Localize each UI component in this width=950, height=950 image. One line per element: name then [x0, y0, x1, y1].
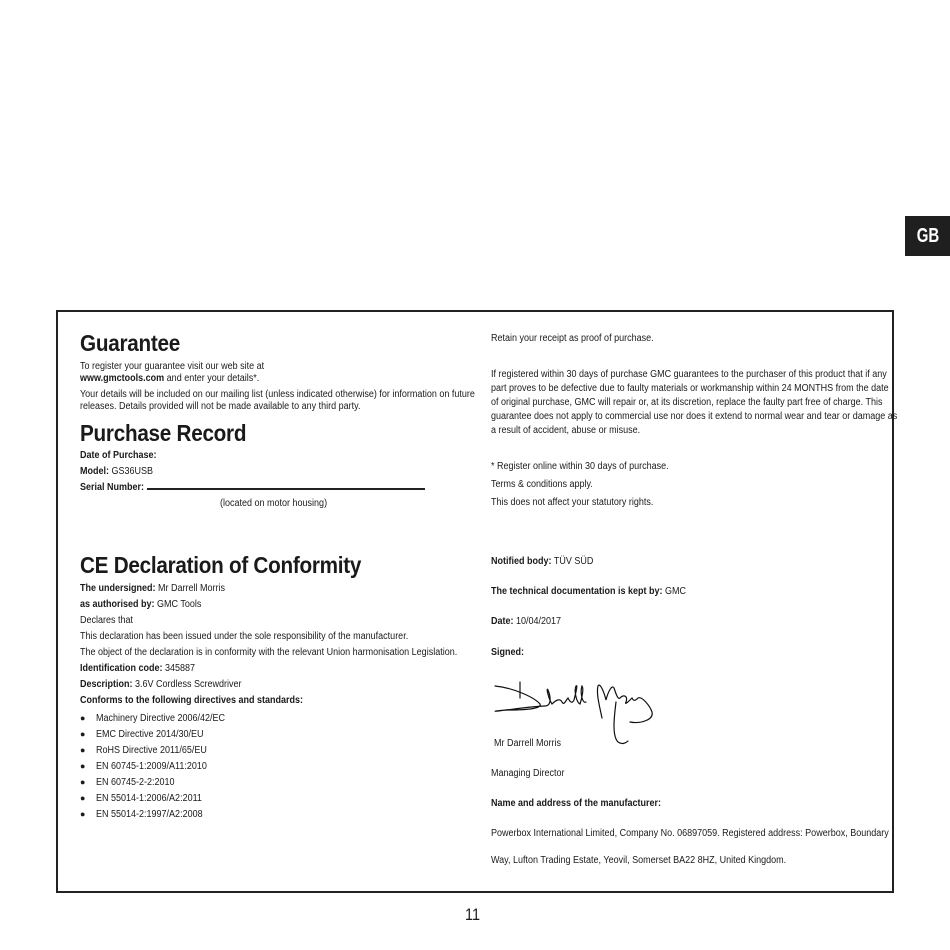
guarantee-terms-line-3: of original purchase, GMC will repair or…: [491, 396, 883, 409]
bullet-icon: ●: [80, 713, 96, 723]
mailing-list-text-2: releases. Details provided will not be m…: [80, 400, 360, 413]
list-item: ●Machinery Directive 2006/42/EC: [80, 710, 239, 726]
guarantee-title: Guarantee: [80, 330, 180, 357]
guarantee-website-line: www.gmctools.com and enter your details*…: [80, 372, 259, 385]
model-value: GS36USB: [109, 466, 153, 477]
notified-body-value: TÜV SÜD: [551, 556, 593, 567]
guarantee-terms-line-4: guarantee does not apply to commercial u…: [491, 410, 897, 423]
signatory-title: Managing Director: [491, 767, 565, 780]
manufacturer-address-line-1: Powerbox International Limited, Company …: [491, 827, 889, 840]
bullet-icon: ●: [80, 777, 96, 787]
guarantee-terms-line-2: part proves to be defective due to fault…: [491, 382, 889, 395]
list-item: ●EN 60745-1:2009/A11:2010: [80, 758, 239, 774]
technical-documentation-label: The technical documentation is kept by:: [491, 586, 663, 597]
model-label: Model:: [80, 466, 109, 477]
identification-code-line: Identification code: 345887: [80, 662, 195, 675]
identification-code-value: 345887: [163, 663, 196, 674]
statutory-rights: This does not affect your statutory righ…: [491, 496, 653, 509]
ce-declaration-title: CE Declaration of Conformity: [80, 552, 361, 579]
date-of-purchase-label: Date of Purchase:: [80, 449, 157, 462]
authorised-line: as authorised by: GMC Tools: [80, 598, 201, 611]
standard-text: EN 60745-2-2:2010: [96, 777, 175, 788]
conformity-statement: The object of the declaration is in conf…: [80, 646, 457, 659]
signatory-name: Mr Darrell Morris: [494, 737, 561, 750]
undersigned-label: The undersigned:: [80, 583, 156, 594]
declaration-date-line: Date: 10/04/2017: [491, 615, 561, 628]
list-item: ●EN 60745-2-2:2010: [80, 774, 239, 790]
guarantee-terms-line-5: a result of accident, abuse or misuse.: [491, 424, 640, 437]
terms-conditions: Terms & conditions apply.: [491, 478, 593, 491]
conforms-label: Conforms to the following directives and…: [80, 694, 303, 707]
purchase-record-title: Purchase Record: [80, 420, 246, 447]
bullet-icon: ●: [80, 729, 96, 739]
standard-text: RoHS Directive 2011/65/EU: [96, 745, 207, 756]
list-item: ●RoHS Directive 2011/65/EU: [80, 742, 239, 758]
description-label: Description:: [80, 679, 133, 690]
responsibility-statement: This declaration has been issued under t…: [80, 630, 408, 643]
declaration-date-value: 10/04/2017: [514, 616, 562, 627]
undersigned-value: Mr Darrell Morris: [156, 583, 225, 594]
serial-number-label: Serial Number:: [80, 481, 144, 494]
guarantee-terms-line-1: If registered within 30 days of purchase…: [491, 368, 887, 381]
retain-receipt-text: Retain your receipt as proof of purchase…: [491, 332, 654, 345]
list-item: ●EN 55014-1:2006/A2:2011: [80, 790, 239, 806]
declaration-date-label: Date:: [491, 616, 514, 627]
undersigned-line: The undersigned: Mr Darrell Morris: [80, 582, 225, 595]
bullet-icon: ●: [80, 793, 96, 803]
serial-number-field[interactable]: [147, 488, 425, 490]
serial-number-note: (located on motor housing): [220, 497, 327, 510]
manufacturer-address-line-2: Way, Lufton Trading Estate, Yeovil, Some…: [491, 854, 786, 867]
description-value: 3.6V Cordless Screwdriver: [133, 679, 242, 690]
standard-text: Machinery Directive 2006/42/EC: [96, 713, 225, 724]
notified-body-label: Notified body:: [491, 556, 551, 567]
language-tab-gb: GB: [905, 216, 950, 256]
model-line: Model: GS36USB: [80, 465, 153, 478]
identification-code-label: Identification code:: [80, 663, 163, 674]
standards-list: ●Machinery Directive 2006/42/EC ●EMC Dir…: [80, 710, 239, 822]
bullet-icon: ●: [80, 809, 96, 819]
standard-text: EMC Directive 2014/30/EU: [96, 729, 204, 740]
technical-documentation-line: The technical documentation is kept by: …: [491, 585, 686, 598]
list-item: ●EN 55014-2:1997/A2:2008: [80, 806, 239, 822]
authorised-label: as authorised by:: [80, 599, 155, 610]
notified-body-line: Notified body: TÜV SÜD: [491, 555, 593, 568]
manufacturer-label: Name and address of the manufacturer:: [491, 797, 661, 810]
page-number: 11: [465, 905, 480, 925]
bullet-icon: ●: [80, 761, 96, 771]
website-link[interactable]: www.gmctools.com: [80, 373, 164, 384]
description-line: Description: 3.6V Cordless Screwdriver: [80, 678, 242, 691]
list-item: ●EMC Directive 2014/30/EU: [80, 726, 239, 742]
standard-text: EN 60745-1:2009/A11:2010: [96, 761, 207, 772]
website-line-rest: and enter your details*.: [164, 373, 259, 384]
declares-that: Declares that: [80, 614, 133, 627]
signed-label: Signed:: [491, 646, 524, 659]
standard-text: EN 55014-2:1997/A2:2008: [96, 809, 203, 820]
language-tab-label: GB: [916, 225, 939, 248]
register-note: * Register online within 30 days of purc…: [491, 460, 669, 473]
bullet-icon: ●: [80, 745, 96, 755]
technical-documentation-value: GMC: [663, 586, 686, 597]
standard-text: EN 55014-1:2006/A2:2011: [96, 793, 202, 804]
authorised-value: GMC Tools: [155, 599, 202, 610]
